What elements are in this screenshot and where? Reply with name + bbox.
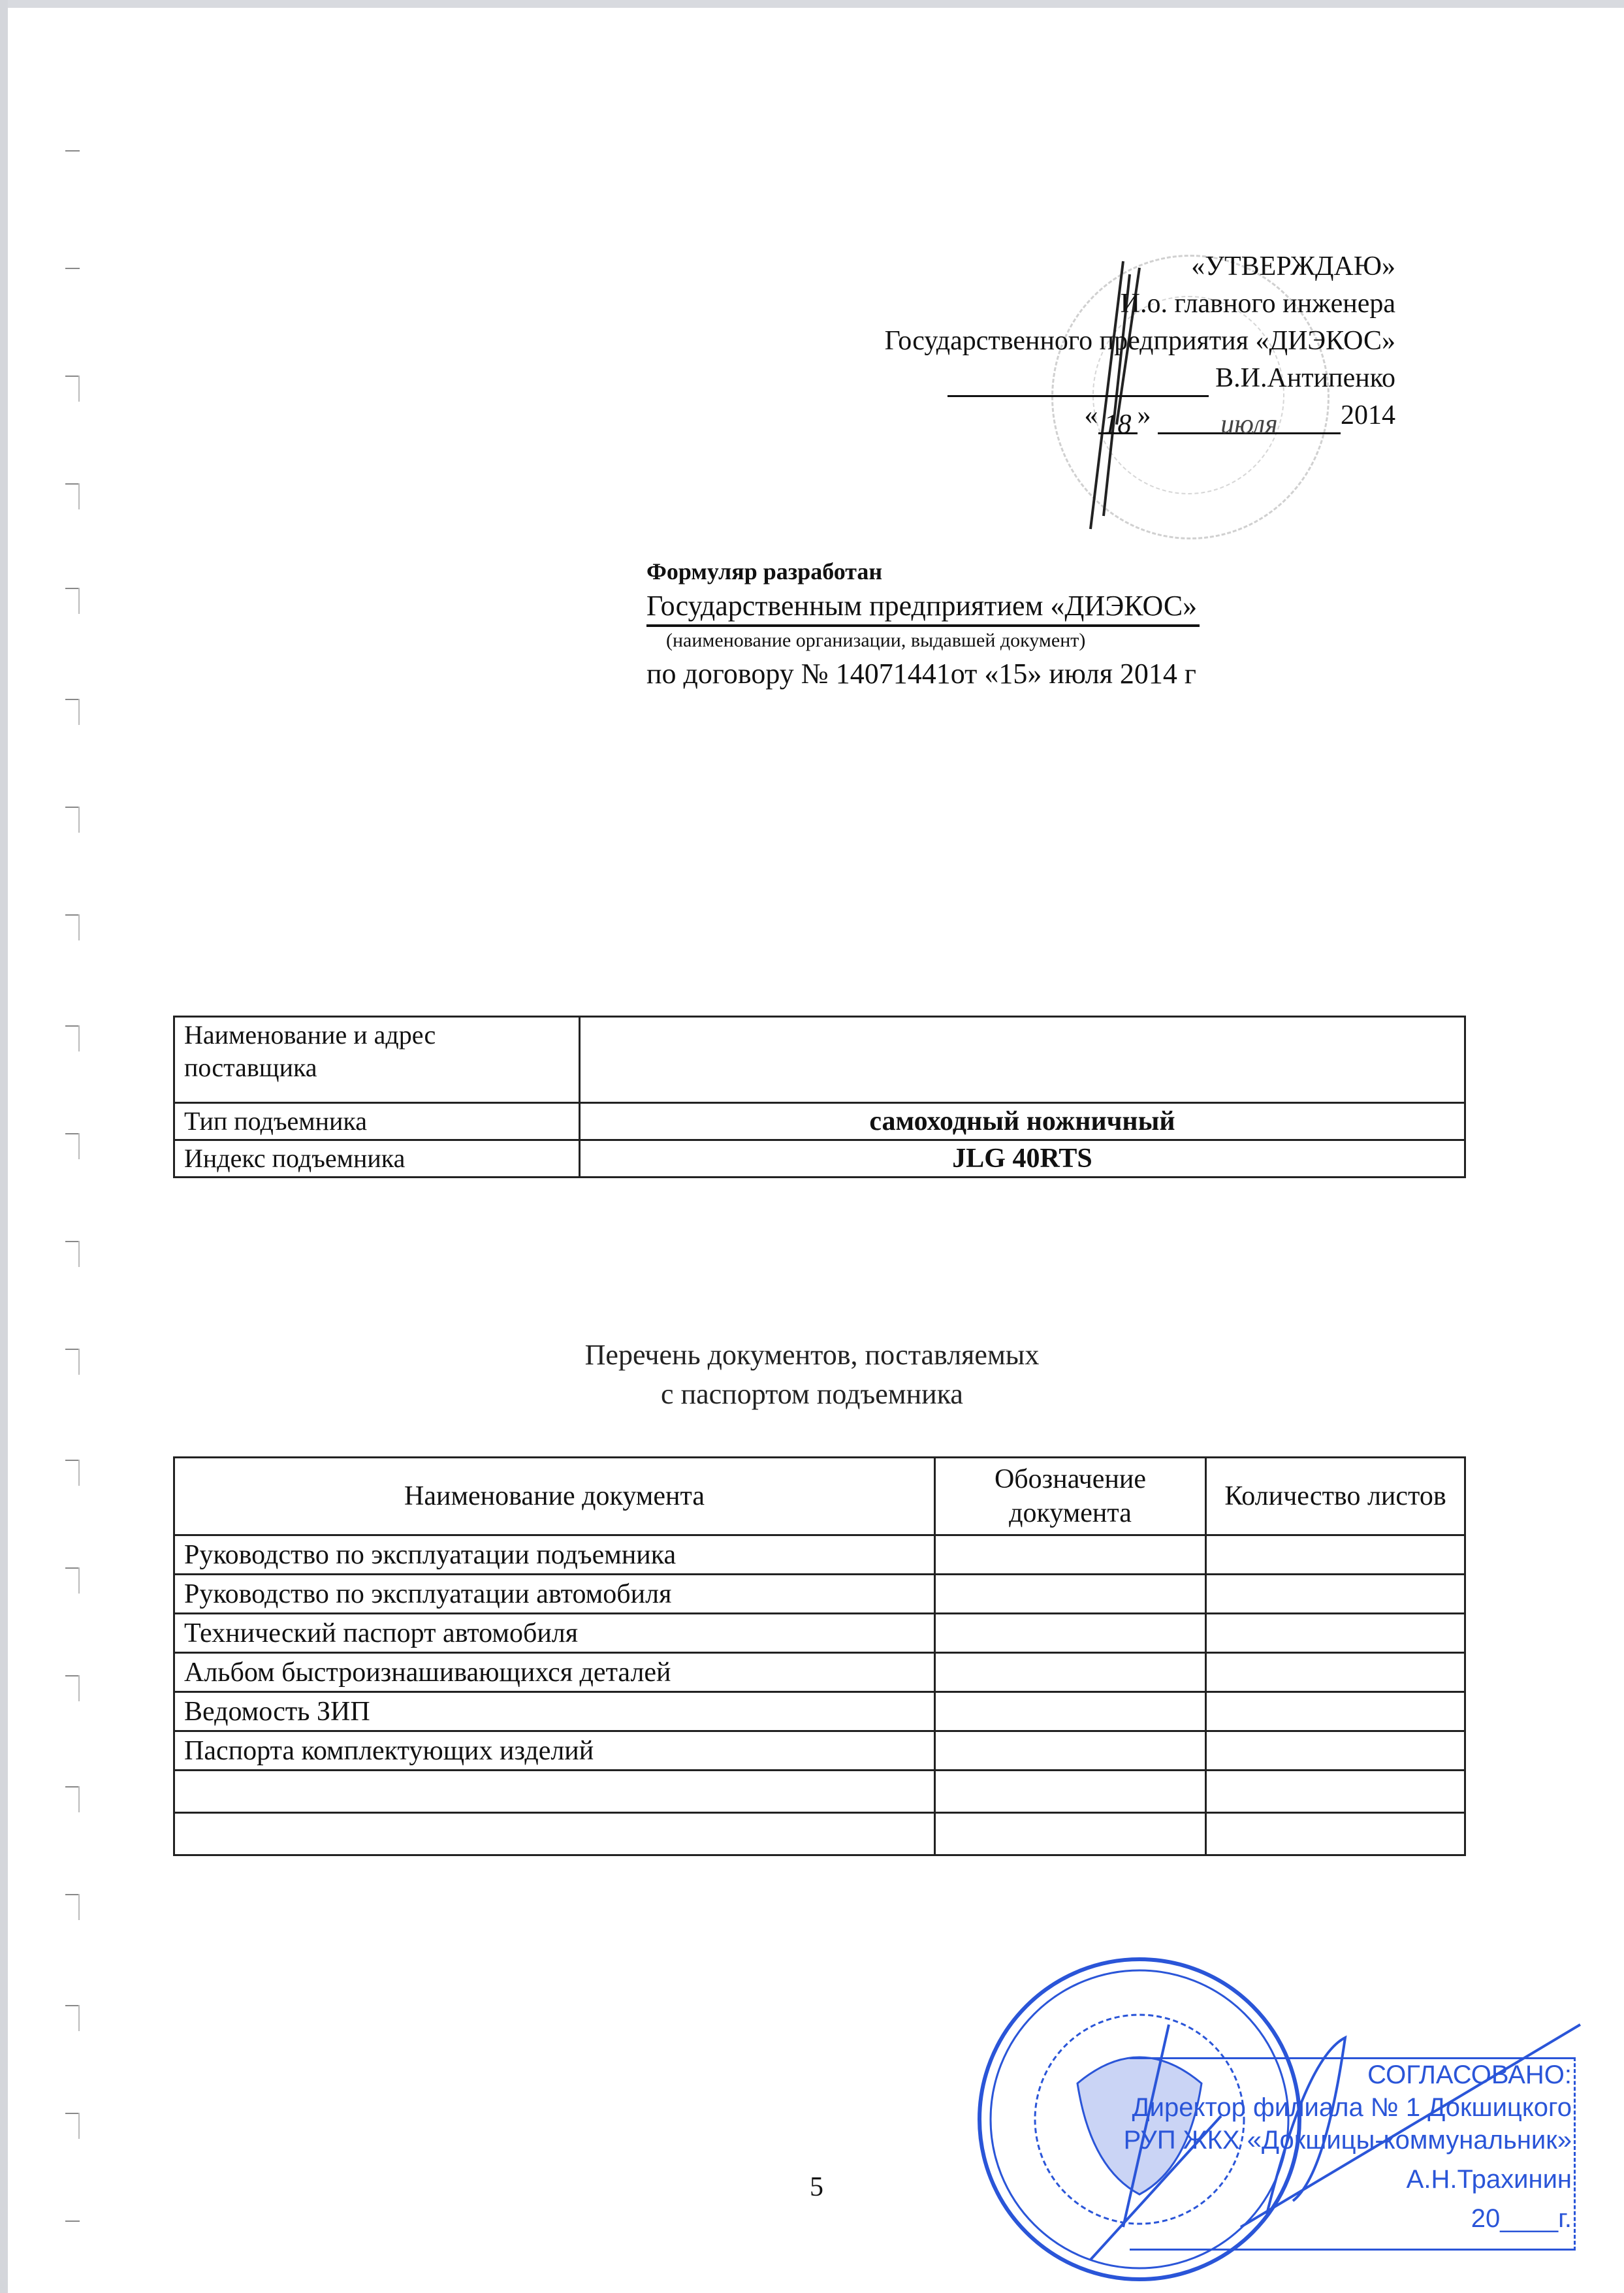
document-sheets	[1206, 1535, 1465, 1575]
documents-heading: Перечень документов, поставляемых с пасп…	[0, 1336, 1624, 1414]
table-row: Наименование и адрес поставщика	[174, 1017, 1465, 1103]
developed-label: Формуляр разработан	[646, 555, 1200, 588]
document-sheets	[1206, 1614, 1465, 1653]
approval-date-day: 18	[1098, 406, 1138, 434]
document-name: Паспорта комплектующих изделий	[174, 1731, 935, 1771]
document-sheets	[1206, 1692, 1465, 1731]
date-quote-open: «	[1085, 400, 1098, 430]
lift-info-label: Индекс подъемника	[174, 1140, 580, 1178]
organization-note: (наименование организации, выдавшей доку…	[646, 627, 1200, 654]
document-name	[174, 1771, 935, 1813]
column-header-designation: Обозначение документа	[935, 1458, 1206, 1535]
approval-signer: В.И.Антипенко	[1215, 363, 1395, 393]
lift-info-value: самоходный ножничный	[580, 1103, 1465, 1140]
lift-info-label: Тип подъемника	[174, 1103, 580, 1140]
approval-date-year: 2014	[1341, 400, 1395, 430]
column-header-sheets: Количество листов	[1206, 1458, 1465, 1535]
signature-line	[947, 369, 1209, 397]
table-row: Альбом быстроизнашивающихся деталей	[174, 1653, 1465, 1692]
document-designation	[935, 1813, 1206, 1855]
document-name: Руководство по эксплуатации автомобиля	[174, 1575, 935, 1614]
approval-date-month: июля	[1158, 406, 1341, 434]
lift-info-value: JLG 40RTS	[580, 1140, 1465, 1178]
document-designation	[935, 1771, 1206, 1813]
approval-title: «УТВЕРЖДАЮ»	[885, 248, 1395, 285]
binding-margin-marks	[46, 0, 85, 2293]
document-designation	[935, 1535, 1206, 1575]
developer-organization: Государственным предприятием «ДИЭКОС»	[646, 588, 1200, 627]
document-designation	[935, 1653, 1206, 1692]
table-row	[174, 1813, 1465, 1855]
column-header-name: Наименование документа	[174, 1458, 935, 1535]
table-row: Руководство по эксплуатации подъемника	[174, 1535, 1465, 1575]
document-designation	[935, 1731, 1206, 1771]
lift-info-value	[580, 1017, 1465, 1103]
document-name: Альбом быстроизнашивающихся деталей	[174, 1653, 935, 1692]
document-name: Руководство по эксплуатации подъемника	[174, 1535, 935, 1575]
document-name: Технический паспорт автомобиля	[174, 1614, 935, 1653]
table-header-row: Наименование документа Обозначение докум…	[174, 1458, 1465, 1535]
page-number: 5	[810, 2172, 823, 2203]
document-sheets	[1206, 1771, 1465, 1813]
developed-by-block: Формуляр разработан Государственным пред…	[646, 555, 1200, 694]
document-name	[174, 1813, 935, 1855]
table-row: Ведомость ЗИП	[174, 1692, 1465, 1731]
document-designation	[935, 1692, 1206, 1731]
approval-block: «УТВЕРЖДАЮ» И.о. главного инженера Госуд…	[885, 248, 1395, 434]
stamp-signature	[1228, 1979, 1593, 2240]
documents-table: Наименование документа Обозначение докум…	[173, 1456, 1466, 1856]
approval-organization: Государственного предприятия «ДИЭКОС»	[885, 323, 1395, 360]
document-name: Ведомость ЗИП	[174, 1692, 935, 1731]
table-row: Руководство по эксплуатации автомобиля	[174, 1575, 1465, 1614]
document-sheets	[1206, 1575, 1465, 1614]
table-row: Технический паспорт автомобиля	[174, 1614, 1465, 1653]
table-row: Тип подъемника самоходный ножничный	[174, 1103, 1465, 1140]
document-designation	[935, 1575, 1206, 1614]
lift-info-label: Наименование и адрес поставщика	[174, 1017, 580, 1103]
document-designation	[935, 1614, 1206, 1653]
table-row: Индекс подъемника JLG 40RTS	[174, 1140, 1465, 1178]
lift-info-table: Наименование и адрес поставщика Тип подъ…	[173, 1016, 1466, 1178]
document-sheets	[1206, 1813, 1465, 1855]
table-row	[174, 1771, 1465, 1813]
approval-position: И.о. главного инженера	[885, 285, 1395, 323]
document-sheets	[1206, 1653, 1465, 1692]
contract-reference: по договору № 14071441от «15» июля 2014 …	[646, 654, 1200, 694]
documents-heading-line1: Перечень документов, поставляемых	[0, 1336, 1624, 1375]
documents-heading-line2: с паспортом подъемника	[0, 1375, 1624, 1414]
scan-edge-left	[0, 0, 8, 2293]
document-sheets	[1206, 1731, 1465, 1771]
scan-edge-top	[0, 0, 1624, 8]
date-quote-close: »	[1138, 400, 1151, 430]
table-row: Паспорта комплектующих изделий	[174, 1731, 1465, 1771]
